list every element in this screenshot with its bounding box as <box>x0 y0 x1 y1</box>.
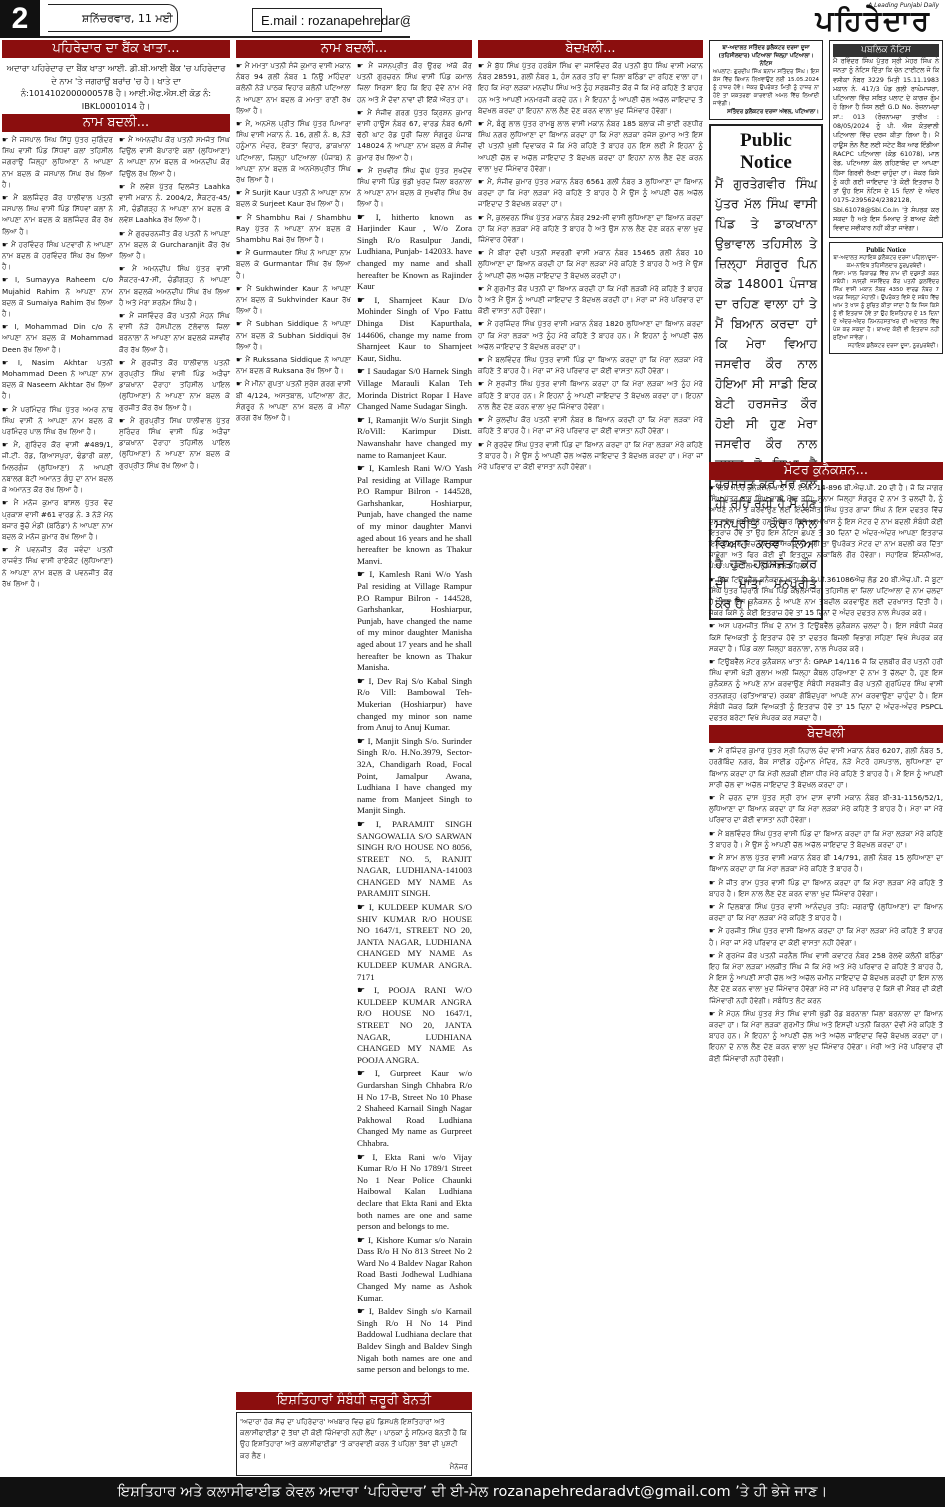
court-notice: ਬਾ-ਅਦਾਲਤ ਸਤਿੰਦਰ ਕੁਲੈਕਟਰ ਦਰਜਾ ਦੂਜਾ (ਤਹਿਸੀ… <box>709 40 823 120</box>
list-item: I, Nasim Akhtar ਪਤਨੀ Mohammad Deen ਨੇ ਆਪ… <box>2 357 113 402</box>
newspaper-logo: ਪਹਿਰੇਦਾਰ <box>815 6 931 36</box>
list-item: ਇਕ ਮੋਟਰ ਕੁਨੈਕਸ਼ਨ ਖਾਤਾ ਨੰ. ਏ.ਪੀ. 14-896 ਬ… <box>709 482 943 572</box>
disclaimer-signature: ਮੈਨੇਜਰ <box>240 1461 468 1472</box>
list-item: ਮੈਂ, ਬੰਗੂ ਲਾਲ ਪੁੱਤਰ ਰਾਮਬੂ ਲਾਲ ਵਾਸੀ ਮਕਾਨ … <box>478 118 703 174</box>
list-item: ਮੈਂ ਗੁਰਮੇਜ ਕੌਰ ਪਤਨੀ ਜਰਨੈਲ ਸਿੰਘ ਵਾਸੀ ਕਵਾਟ… <box>709 950 943 1006</box>
list-item: ਮੈਂ ਦਿਲਬਾਗ ਸਿੰਘ ਪੁੱਤਰ ਵਾਸੀ ਆਨੰਦਪੁਰ ਤਹਿ: … <box>709 901 943 923</box>
list-item: ਮੈਂ ਬਲਜਿੰਦਰ ਕੌਰ ਧਾਲੀਵਾਲ ਪਤਨੀ ਜਸਪਾਲ ਸਿਘ ਵ… <box>2 192 113 237</box>
list-item: I, Baldev Singh s/o Karnail Singh R/o H … <box>357 1306 472 1376</box>
list-item: I, Kishore Kumar s/o Narain Dass R/o H N… <box>357 1235 472 1305</box>
motor-connection-heading: ਮੋਟਰ ਕੁਨੈਕਸ਼ਨ... <box>709 462 943 480</box>
issue-date: ਸ਼ਨਿੱਚਰਵਾਰ, 11 ਮਈ 2024 <box>48 4 178 32</box>
public-notice-body-2: ਮੈਂ ਰਵਿੰਦਰ ਸਿੰਘ ਪੁੱਤਰ ਸ੍ਰੀ ਮੇਹਰ ਸਿੰਘ ਨੇ … <box>833 57 939 234</box>
list-item: ਮੈਂ ਸੁਖਵੀਰ ਸਿੰਘ ਚੁੱਘ ਪੁੱਤਰ ਸੁਖਦੇਵ ਸਿੰਘ ਵ… <box>357 165 472 210</box>
list-item: ਮੈਂ ਜੀਤ ਰਾਮ ਪੁੱਤਰ ਵਾਸੀ ਪਿੰਡ ਦਾ ਬਿਆਨ ਕਰਦਾ… <box>709 877 943 899</box>
list-item: ਮੈਂ ਬਲਵਿੰਦਰ ਸਿੰਘ ਪੁੱਤਰ ਵਾਸੀ ਪਿੰਡ ਦਾ ਬਿਆਨ… <box>478 354 703 376</box>
list-item: ਮੈਂ ਗੁਰਪ੍ਰੀਤ ਸਿਘ ਧਾਲੀਵਾਲ ਪੁੱਤਰ ਸੁਰਿੰਦਰ ਸ… <box>119 415 230 471</box>
list-item: ਮੈਂ ਪਵਨਜੀਤ ਕੌਰ ਜਵੰਦਾ ਪਤਨੀ ਰਾਜਵੰਤ ਸਿੰਘ ਵਾ… <box>2 544 113 589</box>
contact-email[interactable]: E.mail : rozanapehredar@gmail.com <box>252 8 382 32</box>
list-item: I, Sumayya Raheem c/o Mujahid Rahim ਨੇ ਆ… <box>2 274 113 319</box>
list-item: I, KULDEEP KUMAR S/O SHIV KUMAR R/O HOUS… <box>357 902 472 983</box>
notice2-subtitle: ਬਾ-ਅਦਾਲਤ ਸਹਾਇਕ ਕੁਲੈਕਟਰ ਦਰਜਾ ਪਹਿਲਾ/ਦੂਜਾ-ਕ… <box>833 254 939 270</box>
list-item: ਅਸ ਪਰਮਜੀਤ ਸਿੰਘ ਦੇ ਨਾਮ ਤੇ ਟਿਊਬਵੈੱਲ ਕੁਨੈਕਸ… <box>709 620 943 654</box>
list-item: I, Ekta Rani w/o Vijay Kumar R/o H No 17… <box>357 1152 472 1233</box>
list-item: I, POOJA RANI W/O KULDEEP KUMAR ANGRA R/… <box>357 985 472 1066</box>
disclaimer-heading: ਇਸ਼ਤਿਹਾਰਾਂ ਸੰਬੰਧੀ ਜ਼ਰੂਰੀ ਬੇਨਤੀ <box>236 1392 472 1410</box>
list-item: ਮੈਂ ਗੁਰਜੀਤ ਕੌਰ ਧਾਲੀਵਾਲ ਪਤਨੀ ਗੁਰਪ੍ਰੀਤ ਸਿੰ… <box>119 357 230 413</box>
list-item: ਮੈਂ ਗੁਰਦੇਵ ਸਿੰਘ ਪੁੱਤਰ ਵਾਸੀ ਪਿੰਡ ਦਾ ਬਿਆਨ … <box>478 439 703 473</box>
list-item: ਮੈਂ Sukhwinder Kaur ਨੇ ਆਪਣਾ ਨਾਮ ਬਦਲ ਕੇ S… <box>236 283 351 317</box>
list-item: ਮੈਂ ਜਸਨਪ੍ਰੀਤ ਕੌਰ ਉਰਫ ਅੱਕੋ ਕੌਰ ਪਤਨੀ ਗੁਰਚਰ… <box>357 60 472 105</box>
list-item: ਇੱਕ ਟਿਊਬਵੈੱਲ ਕਨੈਕਸ਼ਨ ਖਾਤਾ ਨੰ: ਏ.ਪੀ.36108… <box>709 574 943 619</box>
list-item: ਮੈਂ ਸੁਰਜੀਤ ਸਿੰਘ ਪੁੱਤਰ ਵਾਸੀ ਬਿਆਨ ਕਰਦਾ ਹਾਂ… <box>478 378 703 412</box>
column-bank-namechange: ਪਹਿਰੇਦਾਰ ਦਾ ਬੈਂਕ ਖਾਤਾ... ਅਦਾਰਾ ਪਹਿਰੇਦਾਰ … <box>2 40 230 591</box>
list-item: ਮੈਂ ਮੀਨਾ ਗੁਪਤਾ ਪਤਨੀ ਸੁਰੇਸ਼ ਗਰਗ ਵਾਸੀ ਬੀ 4… <box>236 378 351 423</box>
name-change-list-2: ਮੈਂ ਮਮਤਾ ਪਤਨੀ ਸੰਜੇ ਕੁਮਾਰ ਵਾਸੀ ਮਕਾਨ ਨੰਬਰ … <box>236 60 472 1378</box>
list-item: ਮੈਂ, ਗੁਰਿੰਦਰ ਕੌਰ ਵਾਸੀ #489/1, ਜੀ.ਟੀ. ਰੋਡ… <box>2 439 113 495</box>
list-item: I Saudagar S/0 Harnek Singh Village Mara… <box>357 366 472 412</box>
list-item: ਮੈਂ ਲਵੇਸ਼ ਪੁੱਤਰ ਦਿਲਜੋਤ Laahka ਵਾਸੀ ਮਕਾਨ … <box>119 181 230 226</box>
list-item: I, Kamlesh Rani W/O Yash Pal residing at… <box>357 463 472 567</box>
list-item: ਮੈਂ ਸੰਜੀਵ ਗਰਗ ਪੁੱਤਰ ਕ੍ਰਿਸ਼ਨ ਕੁਮਾਰ ਵਾਸੀ ਹ… <box>357 107 472 163</box>
list-item: I, Kamlesh Rani W/o Yash Pal residing at… <box>357 569 472 673</box>
public-notice-court: Public Notice ਬਾ-ਅਦਾਲਤ ਸਹਾਇਕ ਕੁਲੈਕਟਰ ਦਰਜ… <box>829 242 943 354</box>
list-item: ਮੈਂ ਗੁਰਮੀਤ ਕੌਰ ਪਤਨੀ ਦਾ ਬਿਆਨ ਕਰਦੀ ਹਾਂ ਕਿ … <box>478 283 703 317</box>
list-item: I, Mohammad Din c/o ਨੇ ਆਪਣਾ ਨਾਮ ਬਦਲ ਕੇ M… <box>2 321 113 355</box>
list-item: ਮੈਂ Subhan Siddique ਨੇ ਆਪਣਾ ਨਾਮ ਬਦਲ ਕੇ S… <box>236 318 351 352</box>
list-item: ਮੈਂ ਰਜਿੰਦਰ ਕੁਮਾਰ ਪੁੱਤਰ ਸ੍ਰੀ ਨਿਹਾਲ ਚੰਦ ਵਾ… <box>709 745 943 790</box>
list-item: ਮੈਂ ਬਲਵਿੰਦਰ ਸਿੰਘ ਪੁੱਤਰ ਵਾਸੀ ਪਿੰਡ ਦਾ ਬਿਆਨ… <box>709 828 943 850</box>
list-item: ਮੈਂ ਹਰਵਿੰਦਰ ਸਿੰਘ ਪਟਵਾਰੀ ਨੇ ਆਪਣਾ ਨਾਮ ਬਦਲ … <box>2 239 113 273</box>
list-item: ਮੈਂ ਅਮਨਦੀਪ ਕੌਰ ਪਤਨੀ ਸਮਜੋਤ ਸਿਘ ਦਿਉਲ ਵਾਸੀ … <box>119 134 230 179</box>
list-item: ਮੈਂ Shambhu Rai / Shambhu Ray ਪੁੱਤਰ ਨੇ ਆ… <box>236 212 351 246</box>
court-notice-signature: ਸਤਿੰਦਰ ਕੁਲੈਕਟਰ ਦਰਜਾ ਅੱਵਲ, ਪਟਿਆਲਾ। <box>713 108 819 116</box>
list-item: ਟਿਊਬਵੈੱਲ ਮੋਟਰ ਕੁਨੈਕਸ਼ਨ ਖਾਤਾ ਨੰ: GPAP 14/… <box>709 656 943 723</box>
list-item: ਮੈਂ ਬੀਰਾ ਦੇਵੀ ਪਤਨੀ ਸਵਰਗੀ ਵਾਸੀ ਮਕਾਨ ਨੰਬਰ … <box>478 247 703 281</box>
list-item: ਮੈਂ Rukssana Siddique ਨੇ ਆਪਣਾ ਨਾਮ ਬਦਲ ਕੇ… <box>236 354 351 376</box>
list-item: ਮੈ ਬੁੱਧ ਸਿੰਘ ਪੁੱਤਰ ਹਰਬੰਸ ਸਿੰਘ ਵਾ ਜਸਵਿੰਦਰ… <box>478 60 703 116</box>
list-item: ਮੈਂ, ਸੰਜੀਵ ਕੁਮਾਰ ਪੁੱਤਰ ਮਕਾਨ ਨੰਬਰ 6561 ਗਲ… <box>478 176 703 210</box>
list-item: ਮੈਂ ਅਮਨਦੀਪ ਸਿੰਘ ਪੁੱਤਰ ਵਾਸੀ ਸੈਕਟਰ-47-ਸੀ, … <box>119 263 230 308</box>
disinheritance-heading: ਬੇਦਖ਼ਲੀ... <box>478 40 703 58</box>
public-notice-title: Public Notice <box>715 130 817 174</box>
list-item: ਮੈਂ ਜਸਵਿੰਦਰ ਕੌਰ ਪਤਨੀ ਮੋਹਨ ਸਿੰਘ ਵਾਸੀ ਨੇੜੇ… <box>119 310 230 355</box>
list-item: I, Gurpreet Kaur w/o Gurdarshan Singh Ch… <box>357 1068 472 1149</box>
public-notice-punjabi: ਪਬਲਿਕ ਨੋਟਿਸ ਮੈਂ ਰਵਿੰਦਰ ਸਿੰਘ ਪੁੱਤਰ ਸ੍ਰੀ ਮ… <box>829 40 943 238</box>
page-number: 2 <box>0 0 40 38</box>
notice2-body: ਵਿਸ਼ਾ: ਮਾਲ ਰਿਕਾਰਡ ਵਿੱਚ ਨਾਮ ਦੀ ਦਰੁਸਤੀ ਕਰਨ… <box>833 270 939 342</box>
list-item: ਮੈਂ ਮਨੋਜ ਕੁਮਾਰ ਬਾਂਸਲ ਪੁੱਤਰ ਵੇਦ ਪ੍ਰਕਾਸ਼ ਵ… <box>2 497 113 542</box>
name-change-heading-2: ਨਾਮ ਬਦਲੀ... <box>236 40 472 58</box>
bank-account-text: ਅਦਾਰਾ ਪਹਿਰੇਦਾਰ ਦਾ ਬੈਂਕ ਖਾਤਾ ਆਈ. ਡੀ.ਬੀ.ਆਈ… <box>2 60 230 114</box>
disclaimer-text: 'ਅਦਾਰਾ ਹੱਕ ਸੱਚ ਦਾ ਪਹਿਰੇਦਾਰ' ਅਖਬਾਰ ਵਿਚ ਛਪ… <box>236 1412 472 1476</box>
column-disinheritance: ਬੇਦਖ਼ਲੀ... ਮੈ ਬੁੱਧ ਸਿੰਘ ਪੁੱਤਰ ਹਰਬੰਸ ਸਿੰਘ… <box>478 40 703 474</box>
list-item: ਮੈਂ, ਅਨਮੋਲ ਪ੍ਰੀਤ ਸਿੰਘ ਪੁੱਤਰ ਪਿਆਰਾ ਸਿੰਘ ਵ… <box>236 118 351 185</box>
notice2-title: Public Notice <box>833 246 939 254</box>
list-item: ਮੈਂ ਹਰਜੀਤ ਸਿੰਘ ਪੁੱਤਰ ਵਾਸੀ ਬਿਆਨ ਕਰਦਾ ਹਾਂ … <box>709 925 943 947</box>
page-header: 2 ਸ਼ਨਿੱਚਰਵਾਰ, 11 ਮਈ 2024 E.mail : rozana… <box>0 0 945 38</box>
list-item: ਮੈਂ Surjit Kaur ਪਤਨੀ ਨੇ ਆਪਣਾ ਨਾਮ ਬਦਲ ਕੇ … <box>236 187 351 209</box>
list-item: ਮੈਂ ਪਰਮਿੰਦਰ ਸਿੰਘ ਪੁੱਤਰ ਅਮਰ ਨਾਥ ਸਿੰਘ ਵਾਸੀ… <box>2 404 113 438</box>
public-notice-heading: ਪਬਲਿਕ ਨੋਟਿਸ <box>833 44 939 57</box>
notice2-signature: ਸਹਾਇਕ ਕੁਲੈਕਟਰ ਦਰਜਾ ਦੂਜਾ, ਨੂਰਪੁਰਬੇਦੀ। <box>833 342 939 350</box>
court-notice-body: ਅਪਲਾਂਟ: ਗੁਰਦੀਪ ਸਿੰਘ ਬਨਾਮ ਸਤਿੰਦਰ ਸਿੰਘ। ਇਸ… <box>713 68 819 108</box>
list-item: ਮੈਂ ਮੋਹਨ ਸਿੰਘ ਪੁੱਤਰ ਸੰਤ ਸਿੰਘ ਵਾਸੀ ਖੁੱਡੀ … <box>709 1008 943 1064</box>
list-item: ਮੈਂ ਚਰਨ ਦਾਸ ਪੁੱਤਰ ਸ੍ਰੀ ਰਾਮ ਦਾਸ ਵਾਸੀ ਮਕਾਨ… <box>709 792 943 826</box>
court-notice-title: ਬਾ-ਅਦਾਲਤ ਸਤਿੰਦਰ ਕੁਲੈਕਟਰ ਦਰਜਾ ਦੂਜਾ (ਤਹਿਸੀ… <box>713 44 819 68</box>
list-item: ਮੈਂ ਮਮਤਾ ਪਤਨੀ ਸੰਜੇ ਕੁਮਾਰ ਵਾਸੀ ਮਕਾਨ ਨੰਬਰ … <box>236 60 351 116</box>
list-item: ਮੈਂ Gurmauter ਸਿੰਘ ਨੇ ਆਪਣਾ ਨਾਮ ਬਦਲ ਕੇ Gu… <box>236 247 351 281</box>
list-item: ਮੈਂ ਜਸਪਾਲ ਸਿਘ ਸਿੱਧੂ ਪੁੱਤਰ ਜੁਗਿੰਦਰ ਸਿਘ ਵਾ… <box>2 134 113 190</box>
motor-connection-section: ਮੋਟਰ ਕੁਨੈਕਸ਼ਨ... ਇਕ ਮੋਟਰ ਕੁਨੈਕਸ਼ਨ ਖਾਤਾ ਨ… <box>709 462 943 1066</box>
list-item: I, PARAMJIT SINGH SANGOWALIA S/O SARWAN … <box>357 819 472 900</box>
list-item: I, Sharnjeet Kaur D/o Mohinder Singh of … <box>357 295 472 365</box>
list-item: ਮੈਂ ਸ਼ਾਮ ਲਾਲ ਪੁੱਤਰ ਵਾਸੀ ਮਕਾਨ ਨੰਬਰ ਬੀ 14/… <box>709 852 943 874</box>
bank-account-heading: ਪਹਿਰੇਦਾਰ ਦਾ ਬੈਂਕ ਖਾਤਾ... <box>2 40 230 58</box>
list-item: ਮੈਂ ਹਰਜਿੰਦਰ ਸਿੰਘ ਪੁੱਤਰ ਵਾਸੀ ਮਕਾਨ ਨੰਬਰ 18… <box>478 318 703 352</box>
list-item: I, hitherto known as Harjinder Kaur , W/… <box>357 212 472 293</box>
column-name-change: ਨਾਮ ਬਦਲੀ... ਮੈਂ ਮਮਤਾ ਪਤਨੀ ਸੰਜੇ ਕੁਮਾਰ ਵਾਸ… <box>236 40 472 1378</box>
list-item: I, Manjit Singh S/o. Surinder Singh R/o.… <box>357 736 472 817</box>
name-change-heading: ਨਾਮ ਬਦਲੀ... <box>2 114 230 132</box>
column-notices-b: ਪਬਲਿਕ ਨੋਟਿਸ ਮੈਂ ਰਵਿੰਦਰ ਸਿੰਘ ਪੁੱਤਰ ਸ੍ਰੀ ਮ… <box>829 40 943 358</box>
name-change-list: ਮੈਂ ਜਸਪਾਲ ਸਿਘ ਸਿੱਧੂ ਪੁੱਤਰ ਜੁਗਿੰਦਰ ਸਿਘ ਵਾ… <box>2 134 230 591</box>
footer-banner: ਇਸ਼ਤਿਹਾਰ ਅਤੇ ਕਲਾਸੀਫਾਈਡ ਕੇਵਲ ਅਦਾਰਾ ‘ਪਹਿਰੇ… <box>0 1477 945 1507</box>
list-item: I, Ramanjit W/o Surjit Singh R/oVill: Ka… <box>357 415 472 461</box>
list-item: I, Dev Raj S/o Kabal Singh R/o Vill: Bam… <box>357 676 472 734</box>
list-item: ਮੈਂ ਕੁਲਦੀਪ ਕੌਰ ਪਤਨੀ ਵਾਸੀ ਨੰਬਰ 8 ਬਿਆਨ ਕਰਦ… <box>478 414 703 436</box>
list-item: ਮੈਂ, ਕੁਲਵਰਨ ਸਿੰਘ ਪੁੱਤਰ ਮਕਾਨ ਨੰਬਰ 292-ਸੀ … <box>478 212 703 246</box>
masthead: A Leading Punjabi Daily ਪਹਿਰੇਦਾਰ <box>410 0 945 38</box>
list-item: ਮੈਂ ਗੁਰਚਰਨਜੀਤ ਕੌਰ ਪਤਨੀ ਨੇ ਆਪਣਾ ਨਾਮ ਬਦਲ ਕ… <box>119 228 230 262</box>
disclaimer-box: ਇਸ਼ਤਿਹਾਰਾਂ ਸੰਬੰਧੀ ਜ਼ਰੂਰੀ ਬੇਨਤੀ 'ਅਦਾਰਾ ਹੱ… <box>236 1392 472 1476</box>
disinheritance-heading-2: ਬੇਦਖਲੀ <box>709 725 943 743</box>
disclaimer-body: 'ਅਦਾਰਾ ਹੱਕ ਸੱਚ ਦਾ ਪਹਿਰੇਦਾਰ' ਅਖਬਾਰ ਵਿਚ ਛਪ… <box>240 1417 467 1460</box>
